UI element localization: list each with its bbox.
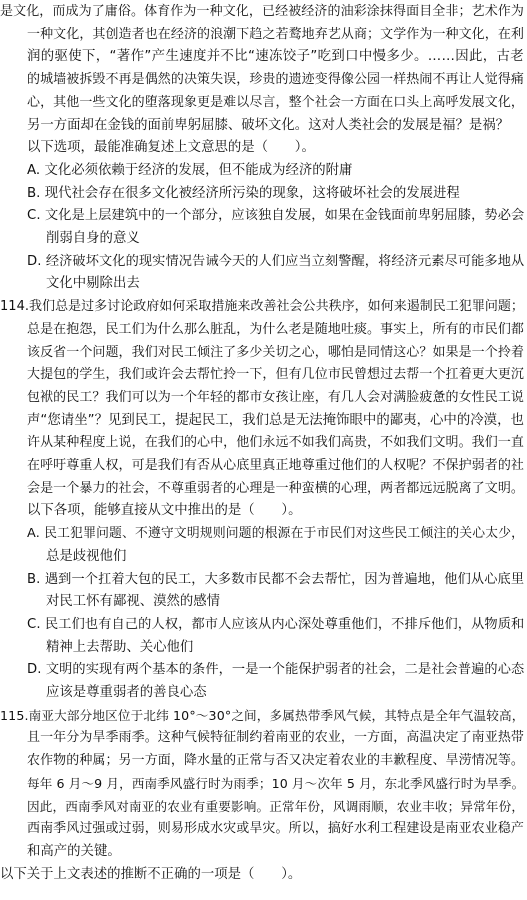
line-text: 在呼吁尊重人权，可是我们有否从心底里真正地尊重过他们的人权呢？不保护弱者的社 bbox=[27, 455, 524, 477]
text-line: C. 文化是上层建筑中的一个部分，应该独自发展，如果在金钱面前卑躬屈膝，势必会 bbox=[0, 205, 527, 227]
line-text: 的城墙被拆毁不再是偶然的决策失误，珍贵的遗迹变得像公园一样热闹不再让人觉得痛 bbox=[27, 69, 524, 91]
line-text: 且一年分为旱季雨季。这种气候特征制约着南亚的农业，一方面，高温决定了南亚热带 bbox=[27, 727, 524, 749]
line-text: 西南季风过强或过弱，则易形成水灾或旱灾。所以，搞好水利工程建设是南亚农业稳产 bbox=[27, 818, 524, 840]
text-line: 和高产的关键。 bbox=[0, 841, 527, 863]
line-text: C. 民工们也有自己的人权，都市人应该从内心深处尊重他们，不排斥他们，从物质和 bbox=[27, 614, 524, 636]
line-text: 115.南亚大部分地区位于北纬 10°～30°之间，多属热带季风气候，其特点是全… bbox=[0, 705, 524, 727]
line-text: B. 遇到一个扛着大包的民工，大多数市民都不会去帮忙，因为普遍地，他们从心底里 bbox=[27, 569, 524, 591]
text-line: 西南季风过强或过弱，则易形成水灾或旱灾。所以，搞好水利工程建设是南亚农业稳产 bbox=[0, 818, 527, 840]
text-line: 114.我们总是过多讨论政府如何采取措施来改善社会公共秩序，如何来遏制民工犯罪问… bbox=[0, 296, 527, 318]
line-text: 许从某种程度上说，在我们的心中，他们永远不如我们高贵，不如我们文明。我们一直 bbox=[27, 432, 524, 454]
text-line: B. 现代社会存在很多文化被经济所污染的现象，这将破坏社会的发展进程 bbox=[0, 183, 527, 205]
text-line: 的城墙被拆毁不再是偶然的决策失误，珍贵的遗迹变得像公园一样热闹不再让人觉得痛 bbox=[0, 69, 527, 91]
line-text: 另一方面却在金钱的面前卑躬屈膝、破坏文化。这对人类社会的发展是福？是祸？ bbox=[27, 115, 509, 137]
text-line: 包袱的民工？我们可以为一个年轻的都市女孩让座，有几人会对满脸疲惫的女性民工说 bbox=[0, 387, 527, 409]
line-text: 总是歧视他们 bbox=[46, 546, 126, 568]
line-text: 每年 6 月～9 月，西南季风盛行时为雨季；10 月～次年 5 月，东北季风盛行… bbox=[27, 773, 524, 795]
line-text: A. 民工犯罪问题、不遵守文明规则问题的根源在于市民们对这些民工倾注的关心太少， bbox=[27, 523, 524, 545]
text-line: 精神上去帮助、关心他们 bbox=[0, 637, 527, 659]
line-text: 包袱的民工？我们可以为一个年轻的都市女孩让座，有几人会对满脸疲惫的女性民工说 bbox=[27, 387, 524, 409]
line-text: 大提包的学生，我们或许会去帮忙拎一下，但有几位市民曾想过去帮一个扛着更大更沉 bbox=[27, 364, 524, 386]
text-line: 另一方面却在金钱的面前卑躬屈膝、破坏文化。这对人类社会的发展是福？是祸？ bbox=[0, 115, 527, 137]
text-line: 是文化，而成为了庸俗。体育作为一种文化，已经被经济的油彩涂抹得面目全非；艺术作为 bbox=[0, 1, 527, 23]
text-line: D. 经济破坏文化的现实情况告诫今天的人们应当立刻警醒，将经济元素尽可能多地从 bbox=[0, 251, 527, 273]
text-line: 大提包的学生，我们或许会去帮忙拎一下，但有几位市民曾想过去帮一个扛着更大更沉 bbox=[0, 364, 527, 386]
line-text: 和高产的关键。 bbox=[27, 841, 121, 863]
text-line: 润的驱使下，“著作”产生速度并不比“速冻饺子”吃到口中慢多少。……因此，古老 bbox=[0, 46, 527, 68]
line-text: 精神上去帮助、关心他们 bbox=[46, 637, 193, 659]
text-line: 会是一个暴力的社会，不尊重弱者的心理是一种蛮横的心理，两者都远远脱离了文明。 bbox=[0, 478, 527, 500]
line-text: 应该是尊重弱者的善良心态 bbox=[46, 682, 207, 704]
text-line: 115.南亚大部分地区位于北纬 10°～30°之间，多属热带季风气候，其特点是全… bbox=[0, 705, 527, 727]
text-line: 削弱自身的意义 bbox=[0, 228, 527, 250]
text-line: 且一年分为旱季雨季。这种气候特征制约着南亚的农业，一方面，高温决定了南亚热带 bbox=[0, 727, 527, 749]
line-text: 114.我们总是过多讨论政府如何采取措施来改善社会公共秩序，如何来遏制民工犯罪问… bbox=[0, 296, 524, 318]
line-text: 文化中剔除出去 bbox=[46, 273, 140, 295]
text-line: 每年 6 月～9 月，西南季风盛行时为雨季；10 月～次年 5 月，东北季风盛行… bbox=[0, 773, 527, 795]
text-line: 文化中剔除出去 bbox=[0, 273, 527, 295]
text-line: D. 文明的实现有两个基本的条件，一是一个能保护弱者的社会，二是社会普遍的心态 bbox=[0, 659, 527, 681]
text-line: C. 民工们也有自己的人权，都市人应该从内心深处尊重他们，不排斥他们，从物质和 bbox=[0, 614, 527, 636]
text-line: 以下各项，能够直接从文中推出的是（ ）。 bbox=[0, 500, 527, 522]
text-line: 总是歧视他们 bbox=[0, 546, 527, 568]
line-text: 润的驱使下，“著作”产生速度并不比“速冻饺子”吃到口中慢多少。……因此，古老 bbox=[27, 46, 524, 68]
line-text: 该反省一个问题，我们对民工倾注了多少关切之心，哪怕是同情这心？如果是一个拎着 bbox=[27, 342, 524, 364]
line-text: 以下选项，最能准确复述上文意思的是（ ）。 bbox=[27, 137, 315, 159]
line-text: 以下关于上文表述的推断不正确的一项是（ ）。 bbox=[0, 864, 301, 886]
text-line: 总是在抱怨，民工们为什么那么脏乱，为什么老是随地吐痰。事实上，所有的市民们都 bbox=[0, 319, 527, 341]
text-line: A. 民工犯罪问题、不遵守文明规则问题的根源在于市民们对这些民工倾注的关心太少， bbox=[0, 523, 527, 545]
text-line: 因此，西南季风对南亚的农业有重要影响。正常年份，风调雨顺，农业丰收；异常年份， bbox=[0, 796, 527, 818]
line-text: 总是在抱怨，民工们为什么那么脏乱，为什么老是随地吐痰。事实上，所有的市民们都 bbox=[27, 319, 524, 341]
line-text: B. 现代社会存在很多文化被经济所污染的现象，这将破坏社会的发展进程 bbox=[27, 183, 460, 205]
line-text: 心，其他一些文化的堕落现象更是难以尽言，整个社会一方面在口头上高呼发展文化， bbox=[27, 92, 524, 114]
line-text: 农作物的种属；另一方面，降水量的正常与否又决定着农业的丰歉程度、旱涝情况等。 bbox=[27, 750, 524, 772]
line-text: 一种文化，其创造者也在经济的浪潮下趋之若鹜地弃艺从商；文学作为一种文化，在利 bbox=[27, 24, 524, 46]
text-line: 农作物的种属；另一方面，降水量的正常与否又决定着农业的丰歉程度、旱涝情况等。 bbox=[0, 750, 527, 772]
text-line: 许从某种程度上说，在我们的心中，他们永远不如我们高贵，不如我们文明。我们一直 bbox=[0, 432, 527, 454]
line-text: C. 文化是上层建筑中的一个部分，应该独自发展，如果在金钱面前卑躬屈膝，势必会 bbox=[27, 205, 524, 227]
text-line: 该反省一个问题，我们对民工倾注了多少关切之心，哪怕是同情这心？如果是一个拎着 bbox=[0, 342, 527, 364]
line-text: 会是一个暴力的社会，不尊重弱者的心理是一种蛮横的心理，两者都远远脱离了文明。 bbox=[27, 478, 524, 500]
text-line: B. 遇到一个扛着大包的民工，大多数市民都不会去帮忙，因为普遍地，他们从心底里 bbox=[0, 569, 527, 591]
text-line: 应该是尊重弱者的善良心态 bbox=[0, 682, 527, 704]
line-text: D. 经济破坏文化的现实情况告诫今天的人们应当立刻警醒，将经济元素尽可能多地从 bbox=[27, 251, 524, 273]
text-line: 对民工怀有鄙视、漠然的感情 bbox=[0, 591, 527, 613]
line-text: D. 文明的实现有两个基本的条件，一是一个能保护弱者的社会，二是社会普遍的心态 bbox=[27, 659, 524, 681]
text-line: A. 文化必须依赖于经济的发展，但不能成为经济的附庸 bbox=[0, 160, 527, 182]
line-text: 因此，西南季风对南亚的农业有重要影响。正常年份，风调雨顺，农业丰收；异常年份， bbox=[27, 796, 524, 818]
line-text: 以下各项，能够直接从文中推出的是（ ）。 bbox=[27, 500, 302, 522]
line-text: A. 文化必须依赖于经济的发展，但不能成为经济的附庸 bbox=[27, 160, 352, 182]
line-text: 是文化，而成为了庸俗。体育作为一种文化，已经被经济的油彩涂抹得面目全非；艺术作为 bbox=[0, 1, 524, 23]
text-line: 心，其他一些文化的堕落现象更是难以尽言，整个社会一方面在口头上高呼发展文化， bbox=[0, 92, 527, 114]
text-line: 一种文化，其创造者也在经济的浪潮下趋之若鹜地弃艺从商；文学作为一种文化，在利 bbox=[0, 24, 527, 46]
line-text: 对民工怀有鄙视、漠然的感情 bbox=[46, 591, 220, 613]
text-line: 以下选项，最能准确复述上文意思的是（ ）。 bbox=[0, 137, 527, 159]
text-line: 以下关于上文表述的推断不正确的一项是（ ）。 bbox=[0, 864, 527, 886]
text-line: 声“您请坐”？见到民工，提起民工，我们总是无法掩饰眼中的鄙夷，心中的冷漠，也 bbox=[0, 410, 527, 432]
line-text: 声“您请坐”？见到民工，提起民工，我们总是无法掩饰眼中的鄙夷，心中的冷漠，也 bbox=[27, 410, 524, 432]
text-line: 在呼吁尊重人权，可是我们有否从心底里真正地尊重过他们的人权呢？不保护弱者的社 bbox=[0, 455, 527, 477]
line-text: 削弱自身的意义 bbox=[46, 228, 140, 250]
